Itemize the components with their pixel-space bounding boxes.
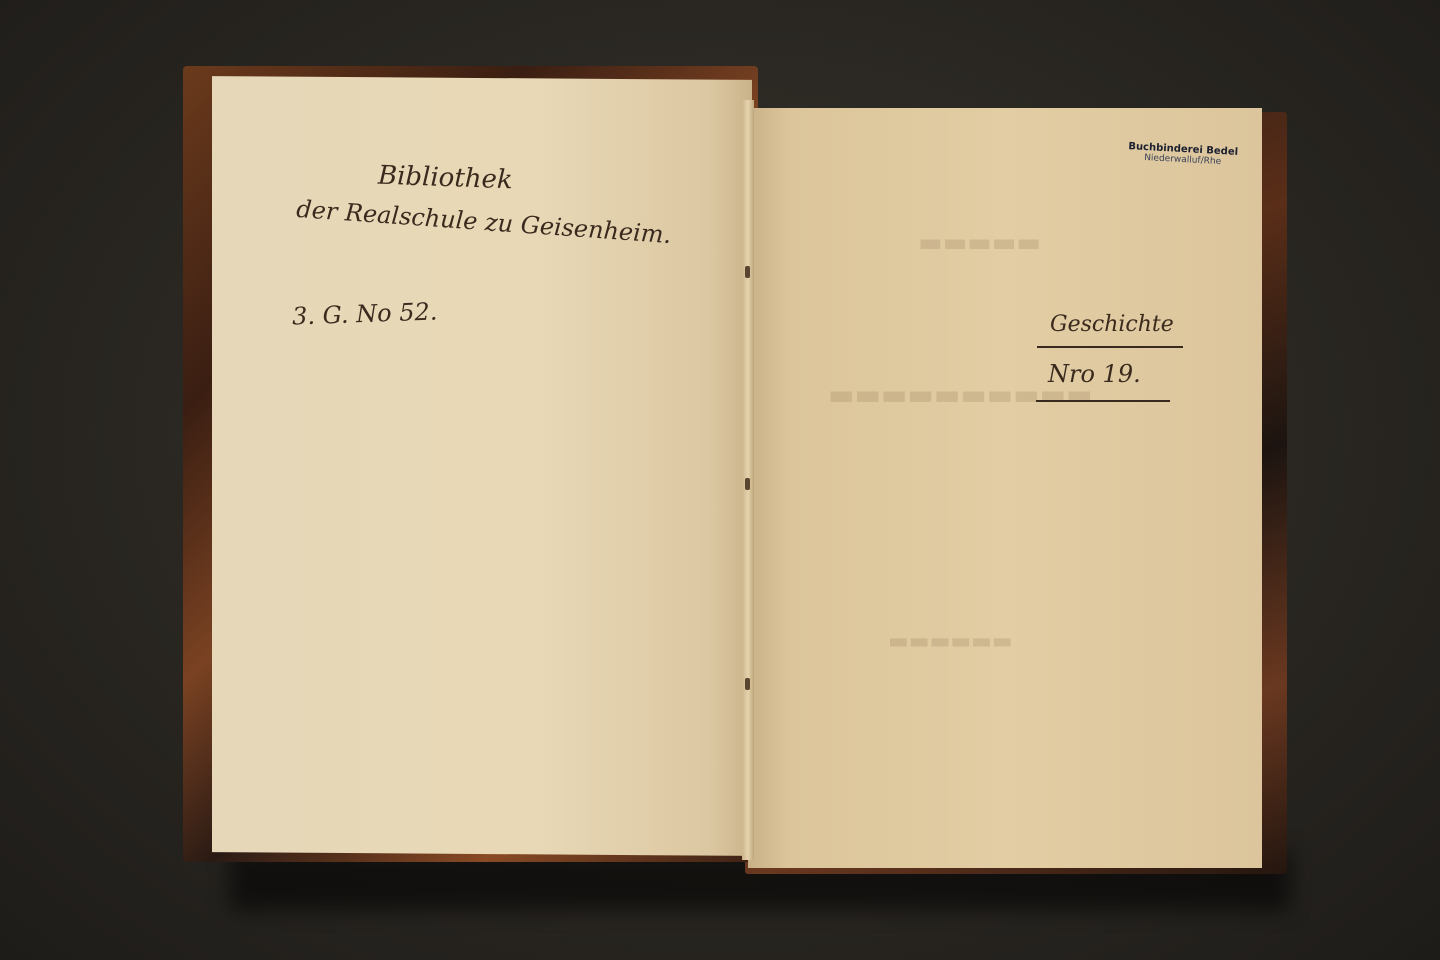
binding-stitch <box>745 478 750 490</box>
binding-stitch <box>745 678 750 690</box>
bleed-through-text: ▬▬▬▬▬▬ <box>888 628 1013 654</box>
right-page: ▬▬▬▬▬ ▬▬▬▬▬▬▬▬▬▬ ▬▬▬▬▬▬ <box>748 108 1262 868</box>
label-number: Nro 19. <box>1048 360 1141 388</box>
bleed-through-text: ▬▬▬▬▬ <box>918 228 1041 258</box>
underline <box>1037 346 1183 348</box>
inscription-library: Bibliothek <box>378 161 514 196</box>
label-subject: Geschichte <box>1050 312 1174 337</box>
inscription-shelfmark: 3. G. No 52. <box>292 297 438 330</box>
binding-stitch <box>745 266 750 278</box>
underline <box>1036 400 1170 402</box>
